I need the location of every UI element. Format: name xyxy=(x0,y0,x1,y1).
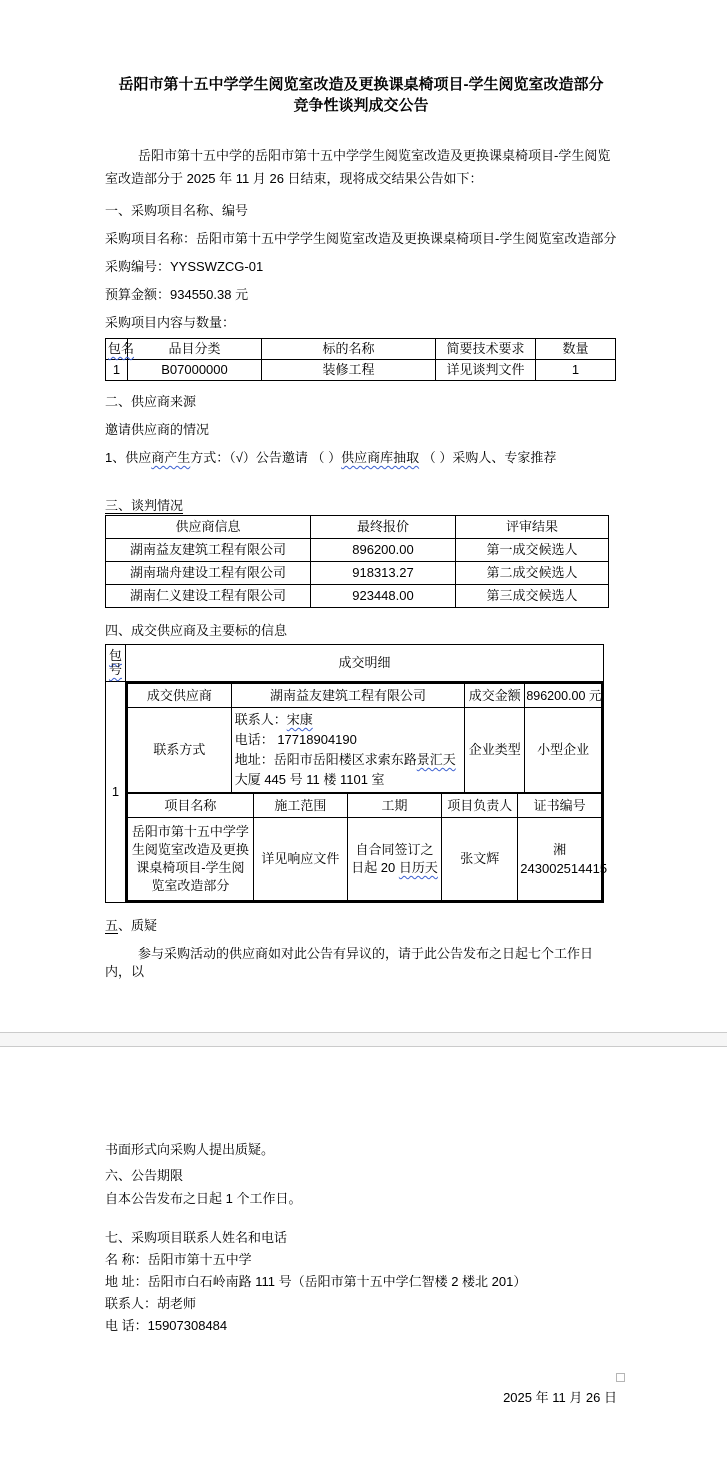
table-row: 湖南益友建筑工程有限公司 896200.00 第一成交候选人 xyxy=(106,539,609,562)
header-duration: 工期 xyxy=(347,793,441,818)
header-final-quote: 最终报价 xyxy=(311,516,456,539)
document-title: 岳阳市第十五中学学生阅览室改造及更换课桌椅项目-学生阅览室改造部分 竞争性谈判成… xyxy=(105,74,617,116)
award-supplier-subtable: 成交供应商 湖南益友建筑工程有限公司 成交金额 896200.00 元 联系方式… xyxy=(126,682,603,794)
announcement-date: 2025 年 11 月 26 日 xyxy=(105,1389,617,1407)
package-no-label: 包号 xyxy=(109,648,122,677)
cell-project-manager: 张文辉 xyxy=(442,818,518,902)
header-project-name: 项目名称 xyxy=(127,793,253,818)
purchaser-phone-line: 电 话：15907308484 xyxy=(105,1317,617,1335)
supplier-amount-row: 成交供应商 湖南益友建筑工程有限公司 成交金额 896200.00 元 xyxy=(127,683,602,708)
project-value-row: 岳阳市第十五中学学生阅览室改造及更换课桌椅项目-学生阅览室改造部分 详见响应文件… xyxy=(127,818,602,902)
purchaser-address-line: 地 址：岳阳市白石岭南路 111 号（岳阳市第十五中学仁智楼 2 楼北 201） xyxy=(105,1273,617,1291)
header-quantity: 数量 xyxy=(536,339,616,360)
cell-quote: 923448.00 xyxy=(311,585,456,608)
section-4-heading: 四、成交供应商及主要标的信息 xyxy=(105,622,617,640)
section-3-heading: 三、谈判情况 xyxy=(105,497,617,515)
contact-person-prefix: 联系人： xyxy=(235,712,287,727)
selection-text-5: （ ）采购人、专家推荐 xyxy=(419,450,556,465)
title-line-1: 岳阳市第十五中学学生阅览室改造及更换课桌椅项目-学生阅览室改造部分 xyxy=(105,74,617,95)
package-no-header-cell: 包号 xyxy=(106,645,126,682)
contact-address-line: 地址：岳阳市岳阳楼区求索东路景汇天大厦 445 号 11 楼 1101 室 xyxy=(235,750,461,790)
cell-tech-requirements: 详见谈判文件 xyxy=(436,360,536,381)
contact-person-name: 宋康 xyxy=(287,712,313,727)
contact-info-cell: 联系人：宋康 电话： 17718904190 地址：岳阳市岳阳楼区求索东路景汇天… xyxy=(231,708,464,794)
project-header-row: 项目名称 施工范围 工期 项目负责人 证书编号 xyxy=(127,793,602,818)
selection-text-2: 商产生 xyxy=(151,450,190,465)
intro-line-1: 岳阳市第十五中学的岳阳市第十五中学学生阅览室改造及更换课桌椅项目-学生阅览 xyxy=(105,144,617,167)
header-construction-scope: 施工范围 xyxy=(253,793,347,818)
section-5-heading: 五、质疑 xyxy=(105,917,617,935)
award-table-body-row: 1 成交供应商 湖南益友建筑工程有限公司 成交金额 896200.00 元 xyxy=(106,682,604,903)
duration-text-2: 日历天 xyxy=(399,860,438,875)
award-table-header-row: 包号 成交明细 xyxy=(106,645,604,682)
section-7-heading: 七、采购项目联系人姓名和电话 xyxy=(105,1229,617,1247)
certificate-line-1: 湘 xyxy=(520,840,599,859)
table-header-row: 包名 品目分类 标的名称 简要技术要求 数量 xyxy=(106,339,616,360)
enterprise-type-label: 企业类型 xyxy=(465,708,525,794)
section-5-heading-underlined: 五 xyxy=(105,918,118,933)
empty-character-box xyxy=(616,1373,625,1382)
header-category: 品目分类 xyxy=(128,339,262,360)
section-1-heading: 一、采购项目名称、编号 xyxy=(105,202,617,220)
cell-quote: 918313.27 xyxy=(311,562,456,585)
header-project-manager: 项目负责人 xyxy=(442,793,518,818)
address-text-1: 地址：岳阳市岳阳楼区求索东路 xyxy=(235,752,417,767)
enterprise-type-value: 小型企业 xyxy=(525,708,602,794)
section-6-heading: 六、公告期限 xyxy=(105,1167,617,1185)
cell-result: 第三成交候选人 xyxy=(456,585,609,608)
intro-line-2: 室改造部分于 2025 年 11 月 26 日结束，现将成交结果公告如下： xyxy=(105,167,617,190)
header-package-name: 包名 xyxy=(106,339,128,360)
table-row: 1 B07000000 装修工程 详见谈判文件 1 xyxy=(106,360,616,381)
supplier-selection-line: 1、供应商产生方式：（√）公告邀请 （ ）供应商库抽取 （ ）采购人、专家推荐 xyxy=(105,449,617,467)
selection-text-3: 方式：（√）公告邀请 （ ） xyxy=(190,450,341,465)
cell-result: 第一成交候选人 xyxy=(456,539,609,562)
header-certificate-no: 证书编号 xyxy=(518,793,602,818)
header-tech-requirements: 简要技术要求 xyxy=(436,339,536,360)
contact-enterprise-row: 联系方式 联系人：宋康 电话： 17718904190 地址：岳阳市岳阳楼区求索… xyxy=(127,708,602,794)
award-supplier-label: 成交供应商 xyxy=(127,683,231,708)
page-2: 书面形式向采购人提出质疑。 六、公告期限 自本公告发布之日起 1 个工作日。 七… xyxy=(0,1047,727,1479)
page-1: 岳阳市第十五中学学生阅览室改造及更换课桌椅项目-学生阅览室改造部分 竞争性谈判成… xyxy=(0,0,727,1032)
procurement-code-line: 采购编号：YYSSWZCG-01 xyxy=(105,258,617,276)
header-review-result: 评审结果 xyxy=(456,516,609,539)
cell-result: 第二成交候选人 xyxy=(456,562,609,585)
contact-phone-line: 电话： 17718904190 xyxy=(235,730,461,750)
award-project-subtable: 项目名称 施工范围 工期 项目负责人 证书编号 岳阳市第十五中学学生阅览室改造及… xyxy=(126,792,603,902)
award-amount-value: 896200.00 元 xyxy=(525,683,602,708)
cell-package-no: 1 xyxy=(106,360,128,381)
table-row: 湖南瑞舟建设工程有限公司 918313.27 第二成交候选人 xyxy=(106,562,609,585)
intro-paragraph: 岳阳市第十五中学的岳阳市第十五中学学生阅览室改造及更换课桌椅项目-学生阅览 室改… xyxy=(105,144,617,190)
purchaser-contact-line: 联系人：胡老师 xyxy=(105,1295,617,1313)
cell-supplier: 湖南仁义建设工程有限公司 xyxy=(106,585,311,608)
placeholder-box-row xyxy=(105,1373,617,1383)
cell-quantity: 1 xyxy=(536,360,616,381)
selection-text-4: 供应商库抽取 xyxy=(341,450,419,465)
announcement-period-line: 自本公告发布之日起 1 个工作日。 xyxy=(105,1190,617,1208)
address-text-3: 大厦 445 号 11 楼 1101 室 xyxy=(235,772,385,787)
negotiation-result-table: 供应商信息 最终报价 评审结果 湖南益友建筑工程有限公司 896200.00 第… xyxy=(105,515,609,608)
header-supplier-info: 供应商信息 xyxy=(106,516,311,539)
cell-construction-scope: 详见响应文件 xyxy=(253,818,347,902)
announcement-document: 岳阳市第十五中学学生阅览室改造及更换课桌椅项目-学生阅览室改造部分 竞争性谈判成… xyxy=(0,0,727,1479)
project-name-line: 采购项目名称：岳阳市第十五中学学生阅览室改造及更换课桌椅项目-学生阅览室改造部分 xyxy=(105,230,617,248)
cell-subject-name: 装修工程 xyxy=(262,360,436,381)
package-no-value-cell: 1 xyxy=(106,682,126,903)
address-text-2: 景汇天 xyxy=(417,752,456,767)
table-header-row: 供应商信息 最终报价 评审结果 xyxy=(106,516,609,539)
title-line-2: 竞争性谈判成交公告 xyxy=(105,95,617,116)
cell-project-name: 岳阳市第十五中学学生阅览室改造及更换课桌椅项目-学生阅览室改造部分 xyxy=(127,818,253,902)
cell-supplier: 湖南瑞舟建设工程有限公司 xyxy=(106,562,311,585)
procurement-content-table: 包名 品目分类 标的名称 简要技术要求 数量 1 B07000000 装修工程 … xyxy=(105,338,616,381)
contact-method-label: 联系方式 xyxy=(127,708,231,794)
section-5-heading-rest: 、质疑 xyxy=(118,918,157,933)
budget-line: 预算金额：934550.38 元 xyxy=(105,286,617,304)
package-name-label: 包名 xyxy=(108,341,134,356)
cell-category: B07000000 xyxy=(128,360,262,381)
page-break-separator xyxy=(0,1032,727,1047)
purchaser-name-line: 名 称：岳阳市第十五中学 xyxy=(105,1251,617,1269)
award-detail-table: 包号 成交明细 1 成交供应商 湖南益友建筑工程有限公司 成交金额 xyxy=(105,644,604,903)
objection-paragraph: 参与采购活动的供应商如对此公告有异议的，请于此公告发布之日起七个工作日内，以 xyxy=(105,945,617,981)
award-detail-header-cell: 成交明细 xyxy=(126,645,604,682)
cell-duration: 自合同签订之日起 20 日历天 xyxy=(347,818,441,902)
invite-supplier-line: 邀请供应商的情况 xyxy=(105,421,617,439)
table-row: 湖南仁义建设工程有限公司 923448.00 第三成交候选人 xyxy=(106,585,609,608)
award-supplier-name: 湖南益友建筑工程有限公司 xyxy=(231,683,464,708)
objection-continuation-line: 书面形式向采购人提出质疑。 xyxy=(105,1141,617,1159)
cell-supplier: 湖南益友建筑工程有限公司 xyxy=(106,539,311,562)
selection-text-1: 1、供应 xyxy=(105,450,151,465)
cell-quote: 896200.00 xyxy=(311,539,456,562)
award-amount-label: 成交金额 xyxy=(465,683,525,708)
header-subject-name: 标的名称 xyxy=(262,339,436,360)
award-detail-body-cell: 成交供应商 湖南益友建筑工程有限公司 成交金额 896200.00 元 联系方式… xyxy=(126,682,604,903)
contact-person-line: 联系人：宋康 xyxy=(235,710,461,730)
cell-certificate-no: 湘 243002514415 xyxy=(518,818,602,902)
section-2-heading: 二、供应商来源 xyxy=(105,393,617,411)
certificate-line-2: 243002514415 xyxy=(520,859,599,878)
content-quantity-label: 采购项目内容与数量： xyxy=(105,314,617,332)
